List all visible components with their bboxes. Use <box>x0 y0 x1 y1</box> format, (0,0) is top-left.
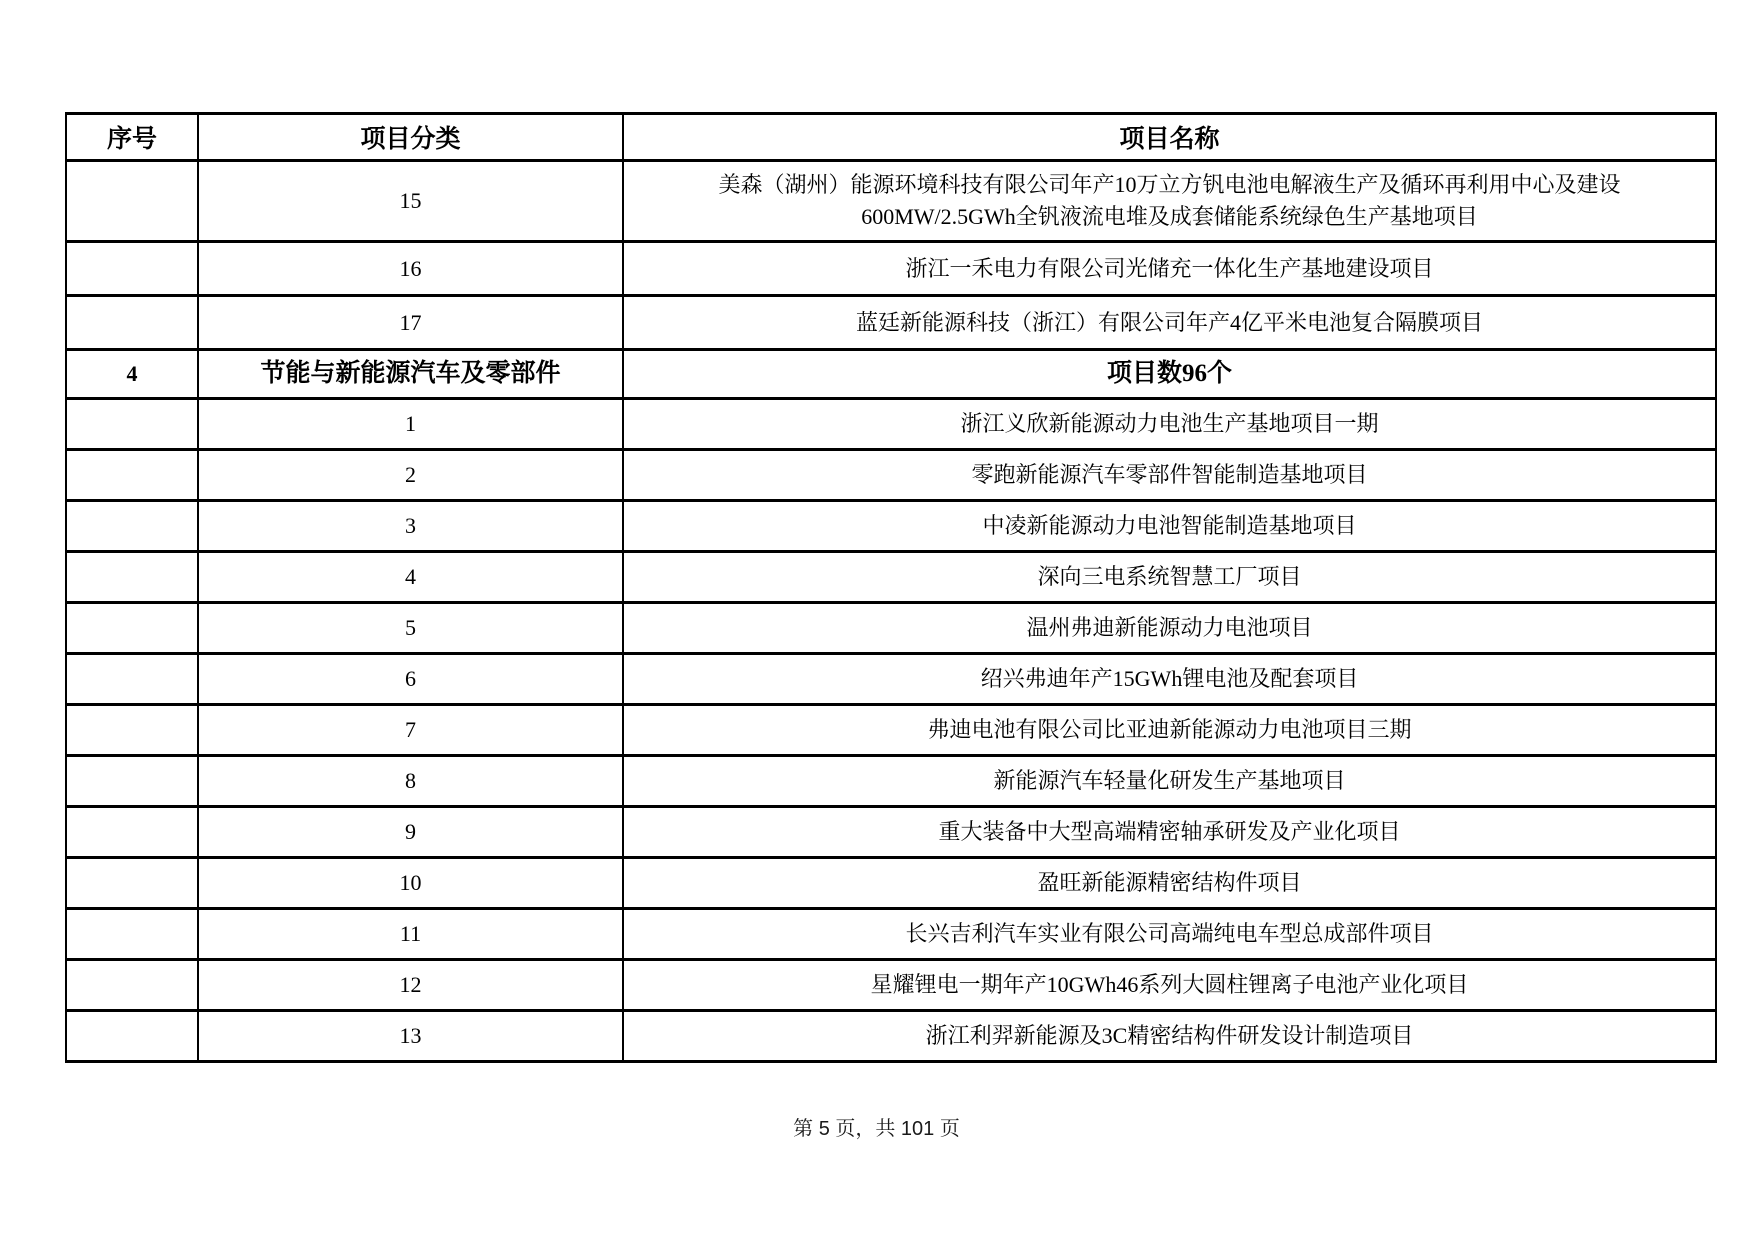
project-name-cell: 浙江一禾电力有限公司光储充一体化生产基地建设项目 <box>623 242 1716 296</box>
serial-cell <box>66 705 198 756</box>
sub-number-cell: 1 <box>198 399 623 450</box>
sub-number-cell: 12 <box>198 960 623 1011</box>
table-row: 17 蓝廷新能源科技（浙江）有限公司年产4亿平米电池复合隔膜项目 <box>66 296 1716 350</box>
col-header-name: 项目名称 <box>623 114 1716 161</box>
table-row: 3 中凌新能源动力电池智能制造基地项目 <box>66 501 1716 552</box>
col-header-serial: 序号 <box>66 114 198 161</box>
project-name-cell: 中凌新能源动力电池智能制造基地项目 <box>623 501 1716 552</box>
serial-cell <box>66 807 198 858</box>
serial-cell <box>66 296 198 350</box>
serial-cell <box>66 552 198 603</box>
table-row: 8 新能源汽车轻量化研发生产基地项目 <box>66 756 1716 807</box>
table-row: 12 星耀锂电一期年产10GWh46系列大圆柱锂离子电池产业化项目 <box>66 960 1716 1011</box>
serial-cell <box>66 399 198 450</box>
header-row: 序号 项目分类 项目名称 <box>66 114 1716 161</box>
project-name-cell: 新能源汽车轻量化研发生产基地项目 <box>623 756 1716 807</box>
table-row: 15 美森（湖州）能源环境科技有限公司年产10万立方钒电池电解液生产及循环再利用… <box>66 161 1716 242</box>
sub-number-cell: 13 <box>198 1011 623 1062</box>
project-name-cell: 弗迪电池有限公司比亚迪新能源动力电池项目三期 <box>623 705 1716 756</box>
serial-cell <box>66 909 198 960</box>
serial-cell <box>66 603 198 654</box>
table-row: 9 重大装备中大型高端精密轴承研发及产业化项目 <box>66 807 1716 858</box>
table-row: 7 弗迪电池有限公司比亚迪新能源动力电池项目三期 <box>66 705 1716 756</box>
page-number: 第 5 页，共 101 页 <box>0 1112 1753 1141</box>
category-row: 4 节能与新能源汽车及零部件 项目数96个 <box>66 350 1716 399</box>
project-name-cell: 长兴吉利汽车实业有限公司高端纯电车型总成部件项目 <box>623 909 1716 960</box>
table-row: 10 盈旺新能源精密结构件项目 <box>66 858 1716 909</box>
project-name-cell: 星耀锂电一期年产10GWh46系列大圆柱锂离子电池产业化项目 <box>623 960 1716 1011</box>
project-name-cell: 美森（湖州）能源环境科技有限公司年产10万立方钒电池电解液生产及循环再利用中心及… <box>623 161 1716 242</box>
project-name-cell: 蓝廷新能源科技（浙江）有限公司年产4亿平米电池复合隔膜项目 <box>623 296 1716 350</box>
project-name-cell: 重大装备中大型高端精密轴承研发及产业化项目 <box>623 807 1716 858</box>
serial-cell <box>66 501 198 552</box>
sub-number-cell: 5 <box>198 603 623 654</box>
sub-number-cell: 11 <box>198 909 623 960</box>
sub-number-cell: 6 <box>198 654 623 705</box>
serial-cell <box>66 450 198 501</box>
project-name-cell: 浙江利羿新能源及3C精密结构件研发设计制造项目 <box>623 1011 1716 1062</box>
table-row: 11 长兴吉利汽车实业有限公司高端纯电车型总成部件项目 <box>66 909 1716 960</box>
page: { "page": { "footer_text": "第 5 页，共 101 … <box>0 0 1753 1240</box>
sub-number-cell: 8 <box>198 756 623 807</box>
table-row: 13 浙江利羿新能源及3C精密结构件研发设计制造项目 <box>66 1011 1716 1062</box>
col-header-category: 项目分类 <box>198 114 623 161</box>
sub-number-cell: 3 <box>198 501 623 552</box>
category-title-cell: 节能与新能源汽车及零部件 <box>198 350 623 399</box>
sub-number-cell: 7 <box>198 705 623 756</box>
serial-cell <box>66 242 198 296</box>
table-row: 1 浙江义欣新能源动力电池生产基地项目一期 <box>66 399 1716 450</box>
projects-table: 序号 项目分类 项目名称 15 美森（湖州）能源环境科技有限公司年产10万立方钒… <box>65 112 1717 1063</box>
table-row: 6 绍兴弗迪年产15GWh锂电池及配套项目 <box>66 654 1716 705</box>
table-row: 16 浙江一禾电力有限公司光储充一体化生产基地建设项目 <box>66 242 1716 296</box>
table-row: 5 温州弗迪新能源动力电池项目 <box>66 603 1716 654</box>
serial-cell <box>66 960 198 1011</box>
sub-number-cell: 15 <box>198 161 623 242</box>
serial-cell <box>66 654 198 705</box>
project-count-cell: 项目数96个 <box>623 350 1716 399</box>
project-name-cell: 绍兴弗迪年产15GWh锂电池及配套项目 <box>623 654 1716 705</box>
project-name-cell: 零跑新能源汽车零部件智能制造基地项目 <box>623 450 1716 501</box>
project-name-cell: 盈旺新能源精密结构件项目 <box>623 858 1716 909</box>
sub-number-cell: 4 <box>198 552 623 603</box>
serial-cell <box>66 161 198 242</box>
serial-cell <box>66 1011 198 1062</box>
project-name-cell: 温州弗迪新能源动力电池项目 <box>623 603 1716 654</box>
sub-number-cell: 2 <box>198 450 623 501</box>
sub-number-cell: 10 <box>198 858 623 909</box>
sub-number-cell: 9 <box>198 807 623 858</box>
table-row: 4 深向三电系统智慧工厂项目 <box>66 552 1716 603</box>
sub-number-cell: 17 <box>198 296 623 350</box>
serial-cell <box>66 858 198 909</box>
project-name-cell: 浙江义欣新能源动力电池生产基地项目一期 <box>623 399 1716 450</box>
table-row: 2 零跑新能源汽车零部件智能制造基地项目 <box>66 450 1716 501</box>
serial-cell: 4 <box>66 350 198 399</box>
serial-cell <box>66 756 198 807</box>
project-name-cell: 深向三电系统智慧工厂项目 <box>623 552 1716 603</box>
sub-number-cell: 16 <box>198 242 623 296</box>
